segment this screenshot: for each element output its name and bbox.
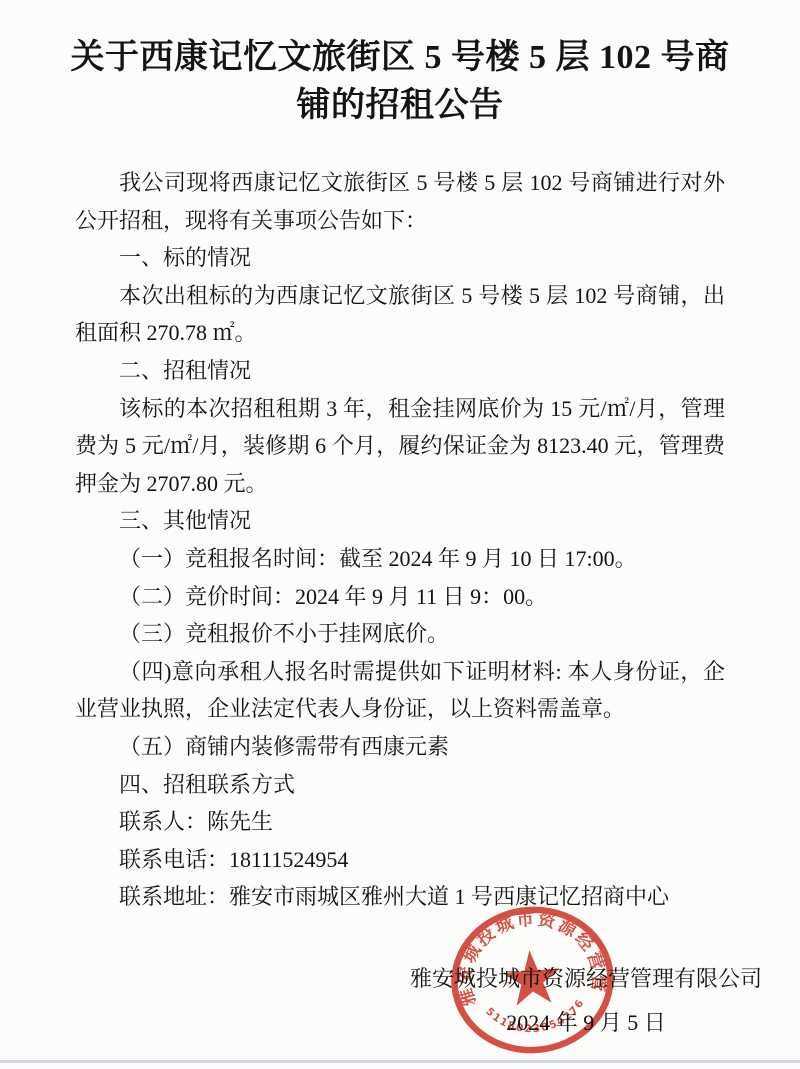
announcement-body: 我公司现将西康记忆文旅街区 5 号楼 5 层 102 号商铺进行对外公开招租，现… — [75, 164, 725, 916]
section-4-heading: 四、招租联系方式 — [75, 766, 725, 804]
contact-address-line: 联系地址：雅安市雨城区雅州大道 1 号西康记忆招商中心 — [75, 878, 725, 916]
scan-edge-line — [0, 1060, 800, 1063]
signature-block: 雅安城投城市资源经营管理有限公司 2024 年 9 月 5 日 — [410, 960, 762, 1042]
signature-company: 雅安城投城市资源经营管理有限公司 — [410, 960, 762, 998]
section-3-heading: 三、其他情况 — [75, 502, 725, 540]
section-3-item-5: （五）商铺内装修需带有西康元素 — [75, 728, 725, 766]
page-title: 关于西康记忆文旅街区 5 号楼 5 层 102 号商铺的招租公告 — [58, 34, 742, 130]
section-2-heading: 二、招租情况 — [75, 352, 725, 390]
section-1-heading: 一、标的情况 — [75, 239, 725, 277]
section-3-item-4: （四)意向承租人报名时需提供如下证明材料: 本人身份证，企业营业执照，企业法定代… — [75, 653, 725, 728]
section-3-item-1: （一）竞租报名时间：截至 2024 年 9 月 10 日 17:00。 — [75, 540, 725, 578]
section-3-item-3: （三）竞租报价不小于挂网底价。 — [75, 615, 725, 653]
contact-phone-line: 联系电话：18111524954 — [75, 841, 725, 879]
contact-person-line: 联系人：陈先生 — [75, 803, 725, 841]
announcement-page: 关于西康记忆文旅街区 5 号楼 5 层 102 号商铺的招租公告 我公司现将西康… — [0, 0, 800, 1069]
section-2-paragraph: 该标的本次招租租期 3 年，租金挂网底价为 15 元/㎡/月，管理费为 5 元/… — [75, 390, 725, 503]
section-1-paragraph: 本次出租标的为西康记忆文旅街区 5 号楼 5 层 102 号商铺，出租面积 27… — [75, 277, 725, 352]
section-3-item-2: （二）竞价时间：2024 年 9 月 11 日 9：00。 — [75, 578, 725, 616]
signature-date: 2024 年 9 月 5 日 — [410, 1004, 762, 1042]
intro-paragraph: 我公司现将西康记忆文旅街区 5 号楼 5 层 102 号商铺进行对外公开招租，现… — [75, 164, 725, 239]
